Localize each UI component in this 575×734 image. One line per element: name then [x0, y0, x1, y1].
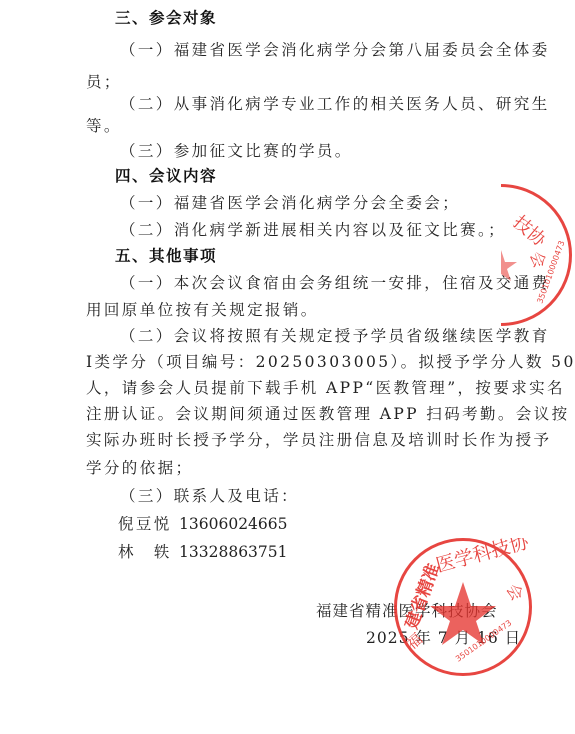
contact-entry: 倪豆悦 13606024665 [118, 514, 288, 534]
paragraph-line: 学分的依据； [86, 458, 193, 478]
paragraph-line: 等。 [86, 116, 122, 136]
paragraph-line: 员； [86, 72, 122, 92]
paragraph-line: （一）本次会议食宿由会务组统一安排，住宿及交通费 [120, 273, 550, 293]
section-heading-attendees: 三、参会对象 [115, 8, 217, 28]
section-heading-other: 五、其他事项 [115, 246, 217, 266]
paragraph-line: （二）从事消化病学专业工作的相关医务人员、研究生 [120, 94, 550, 114]
paragraph-line: （一）福建省医学会消化病学分会全委会； [120, 193, 460, 213]
paragraph-line: （三）联系人及电话： [120, 486, 299, 506]
contact-entry: 林 轶 13328863751 [118, 542, 288, 562]
paragraph-line: （二）消化病学新进展相关内容以及征文比赛。； [120, 220, 506, 240]
paragraph-line: 用回原单位按有关规定报销。 [86, 300, 319, 320]
contact-name: 倪豆悦 [118, 515, 172, 533]
svg-text:会: 会 [526, 249, 549, 271]
contact-phone: 13328863751 [179, 543, 287, 561]
seal-star-icon: 建省精准 医学科技协 会 福 3501010000473 [394, 538, 532, 676]
paragraph-line: Ⅰ类学分（项目编号：20250303005）。拟授予学分人数 500 [86, 352, 575, 372]
contact-phone: 13606024665 [179, 515, 287, 533]
paragraph-line: 实际办班时长授予学分，学员注册信息及培训时长作为授予 [86, 430, 551, 450]
svg-text:会: 会 [503, 581, 527, 604]
official-seal: 建省精准 医学科技协 会 福 3501010000473 [394, 538, 532, 676]
svg-text:医学科技协: 医学科技协 [434, 538, 532, 577]
contact-name: 林 轶 [118, 543, 172, 561]
paragraph-line: （一）福建省医学会消化病学分会第八届委员会全体委 [120, 40, 550, 60]
svg-text:技协: 技协 [509, 212, 551, 252]
paragraph-line: （三）参加征文比赛的学员。 [120, 141, 353, 161]
svg-text:3501010000473: 3501010000473 [535, 239, 566, 304]
paragraph-line: 注册认证。会议期间须通过医教管理 APP 扫码考勤。会议按 [86, 404, 570, 424]
svg-text:福: 福 [403, 630, 426, 653]
paragraph-line: 人，请参会人员提前下载手机 APP“医教管理”，按要求实名 [86, 378, 565, 398]
paragraph-line: （二）会议将按照有关规定授予学员省级继续医学教育 [120, 326, 550, 346]
section-heading-content: 四、会议内容 [115, 166, 217, 186]
